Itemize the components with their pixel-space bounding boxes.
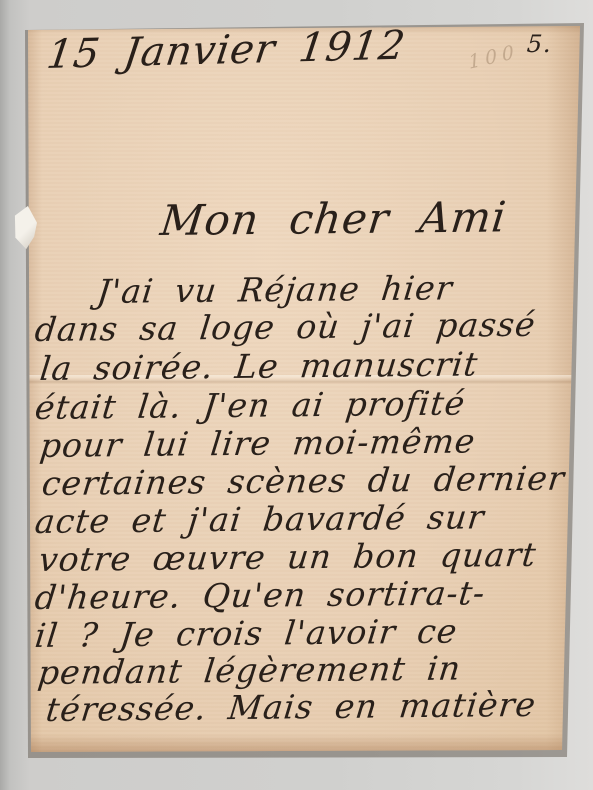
handwriting-line: J'ai vu Réjane hier	[95, 268, 455, 311]
handwriting-line: acte et j'ai bavardé sur	[33, 497, 487, 541]
scanner-background: 15 Janvier 1912 100 5. Mon cher Ami J'ai…	[0, 0, 593, 790]
paper-edge-shading-bottom	[0, 734, 593, 752]
page-number: 5.	[526, 30, 553, 58]
handwriting-line: d'heure. Qu'en sortira-t-	[33, 573, 488, 617]
handwriting-line: certaines scènes du dernier	[40, 459, 567, 503]
paper-edge-shading-right	[546, 24, 582, 754]
handwriting-line: votre œuvre un bon quart	[37, 535, 539, 579]
handwriting-line: la soirée. Le manuscrit	[38, 344, 480, 388]
handwriting-line: pour lui lire moi-même	[38, 421, 478, 465]
handwriting-line: était là. J'en ai profité	[33, 384, 468, 427]
pencil-annotation: 100	[467, 40, 520, 73]
letter-page: 15 Janvier 1912 100 5. Mon cher Ami J'ai…	[0, 0, 593, 790]
handwriting-line: téressée. Mais en matière	[44, 685, 538, 729]
salutation: Mon cher Ami	[158, 192, 509, 245]
date-line: 15 Janvier 1912	[44, 23, 408, 78]
handwriting-line: dans sa loge où j'ai passé	[33, 305, 538, 349]
